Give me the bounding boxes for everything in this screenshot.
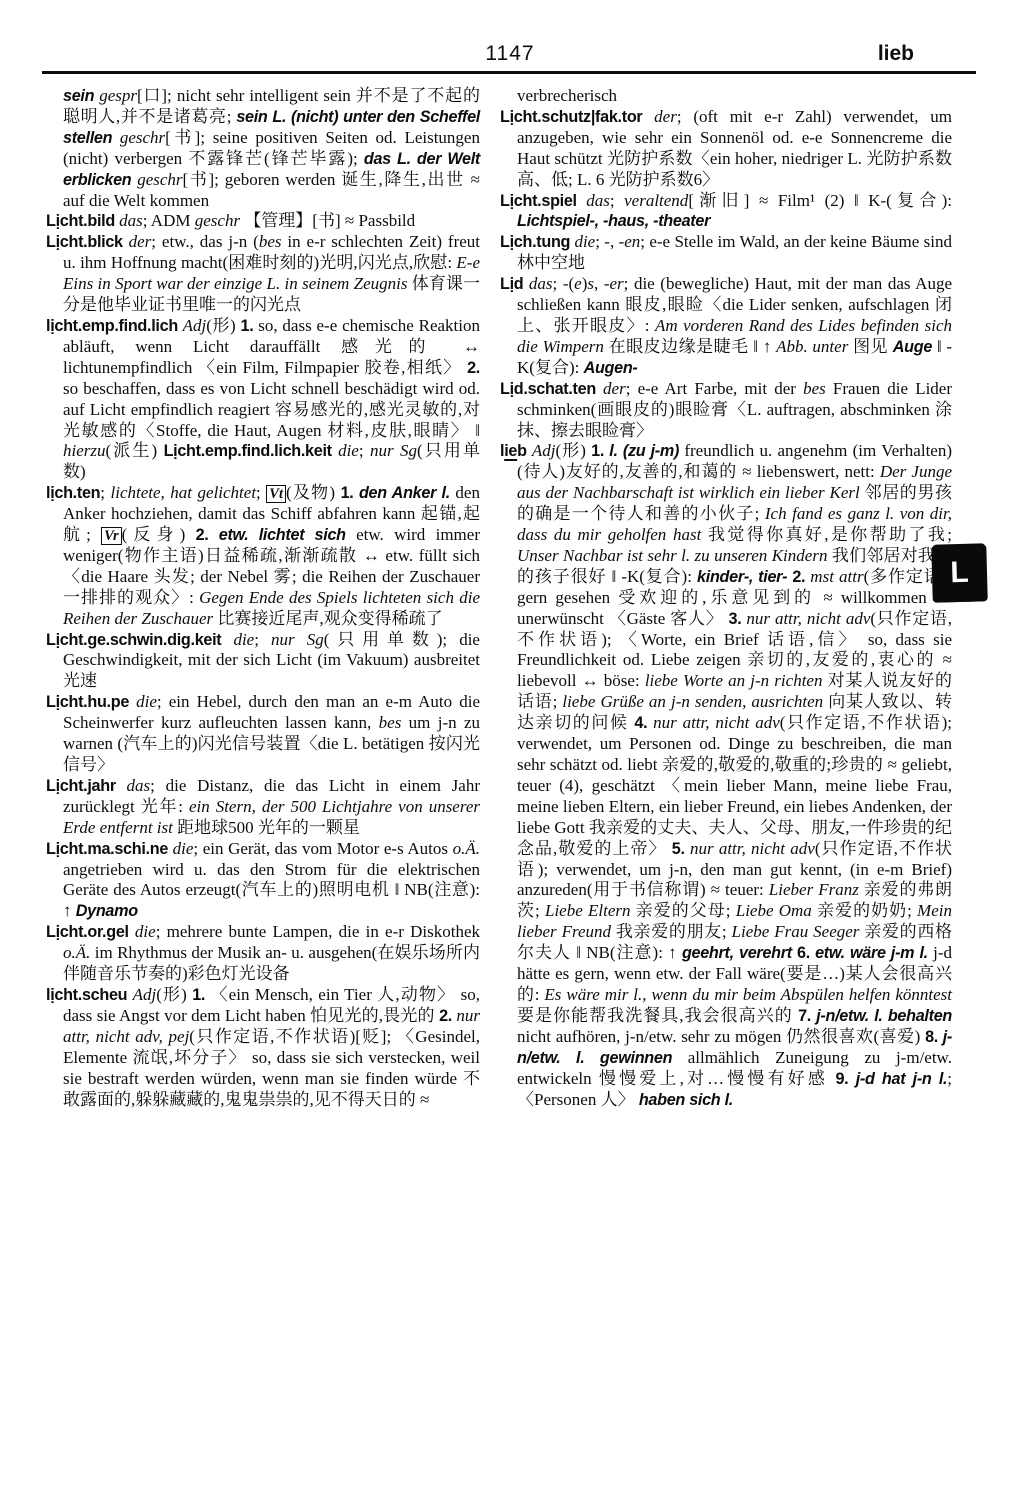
dictionary-entry: lieb Adj(形) 1. l. (zu j-m) freundlich u.…	[500, 441, 952, 1110]
dictionary-entry: lịch.ten; lichtete, hat gelichtet; Vt(及物…	[46, 483, 480, 629]
dictionary-entry: Lịcht.bild das; ADM geschr 【管理】[书] ≈ Pas…	[46, 211, 480, 232]
thumb-index-letter: L	[950, 555, 969, 589]
dictionary-entry: lịcht.emp.find.lich Adj(形) 1. so, dass e…	[46, 316, 480, 483]
dictionary-entry: Lịcht.hu.pe die; ein Hebel, durch den ma…	[46, 692, 480, 776]
dictionary-entry: verbrecherisch	[500, 86, 952, 107]
right-column: verbrecherischLịcht.schutz|fak.tor der; …	[500, 86, 952, 1110]
dictionary-page: 1147 lieb sein gespr[口]; nicht sehr inte…	[0, 0, 1016, 1500]
dictionary-entry: Lịcht.ma.schi.ne die; ein Gerät, das vom…	[46, 839, 480, 923]
dictionary-entry: Lịcht.blick der; etw., das j-n (bes in e…	[46, 232, 480, 316]
dictionary-entry: Lịcht.schutz|fak.tor der; (oft mit e-r Z…	[500, 107, 952, 191]
thumb-index-tab: L	[932, 543, 986, 601]
dictionary-entry: lịcht.scheu Adj(形) 1. 〈ein Mensch, ein T…	[46, 985, 480, 1110]
page-number: 1147	[44, 42, 976, 66]
running-head: 1147 lieb	[44, 42, 976, 70]
dictionary-entry: Lịcht.jahr das; die Distanz, die das Lic…	[46, 776, 480, 839]
dictionary-entry: sein gespr[口]; nicht sehr intelligent se…	[46, 86, 480, 211]
dictionary-entry: Lịcht.spiel das; veraltend[渐旧] ≈ Film¹ (…	[500, 191, 952, 233]
text-columns: sein gespr[口]; nicht sehr intelligent se…	[46, 86, 972, 1110]
left-column: sein gespr[口]; nicht sehr intelligent se…	[46, 86, 480, 1110]
dictionary-entry: Lịd das; -(e)s, -er; die (bewegliche) Ha…	[500, 274, 952, 379]
dictionary-entry: Lịd.schat.ten der; e-e Art Farbe, mit de…	[500, 379, 952, 442]
dictionary-entry: Lịch.tung die; -, -en; e-e Stelle im Wal…	[500, 232, 952, 274]
guide-word: lieb	[878, 42, 914, 66]
dictionary-entry: Lịcht.or.gel die; mehrere bunte Lampen, …	[46, 922, 480, 985]
header-rule	[42, 71, 976, 74]
dictionary-entry: Lịcht.ge.schwin.dig.keit die; nur Sg(只用单…	[46, 630, 480, 693]
